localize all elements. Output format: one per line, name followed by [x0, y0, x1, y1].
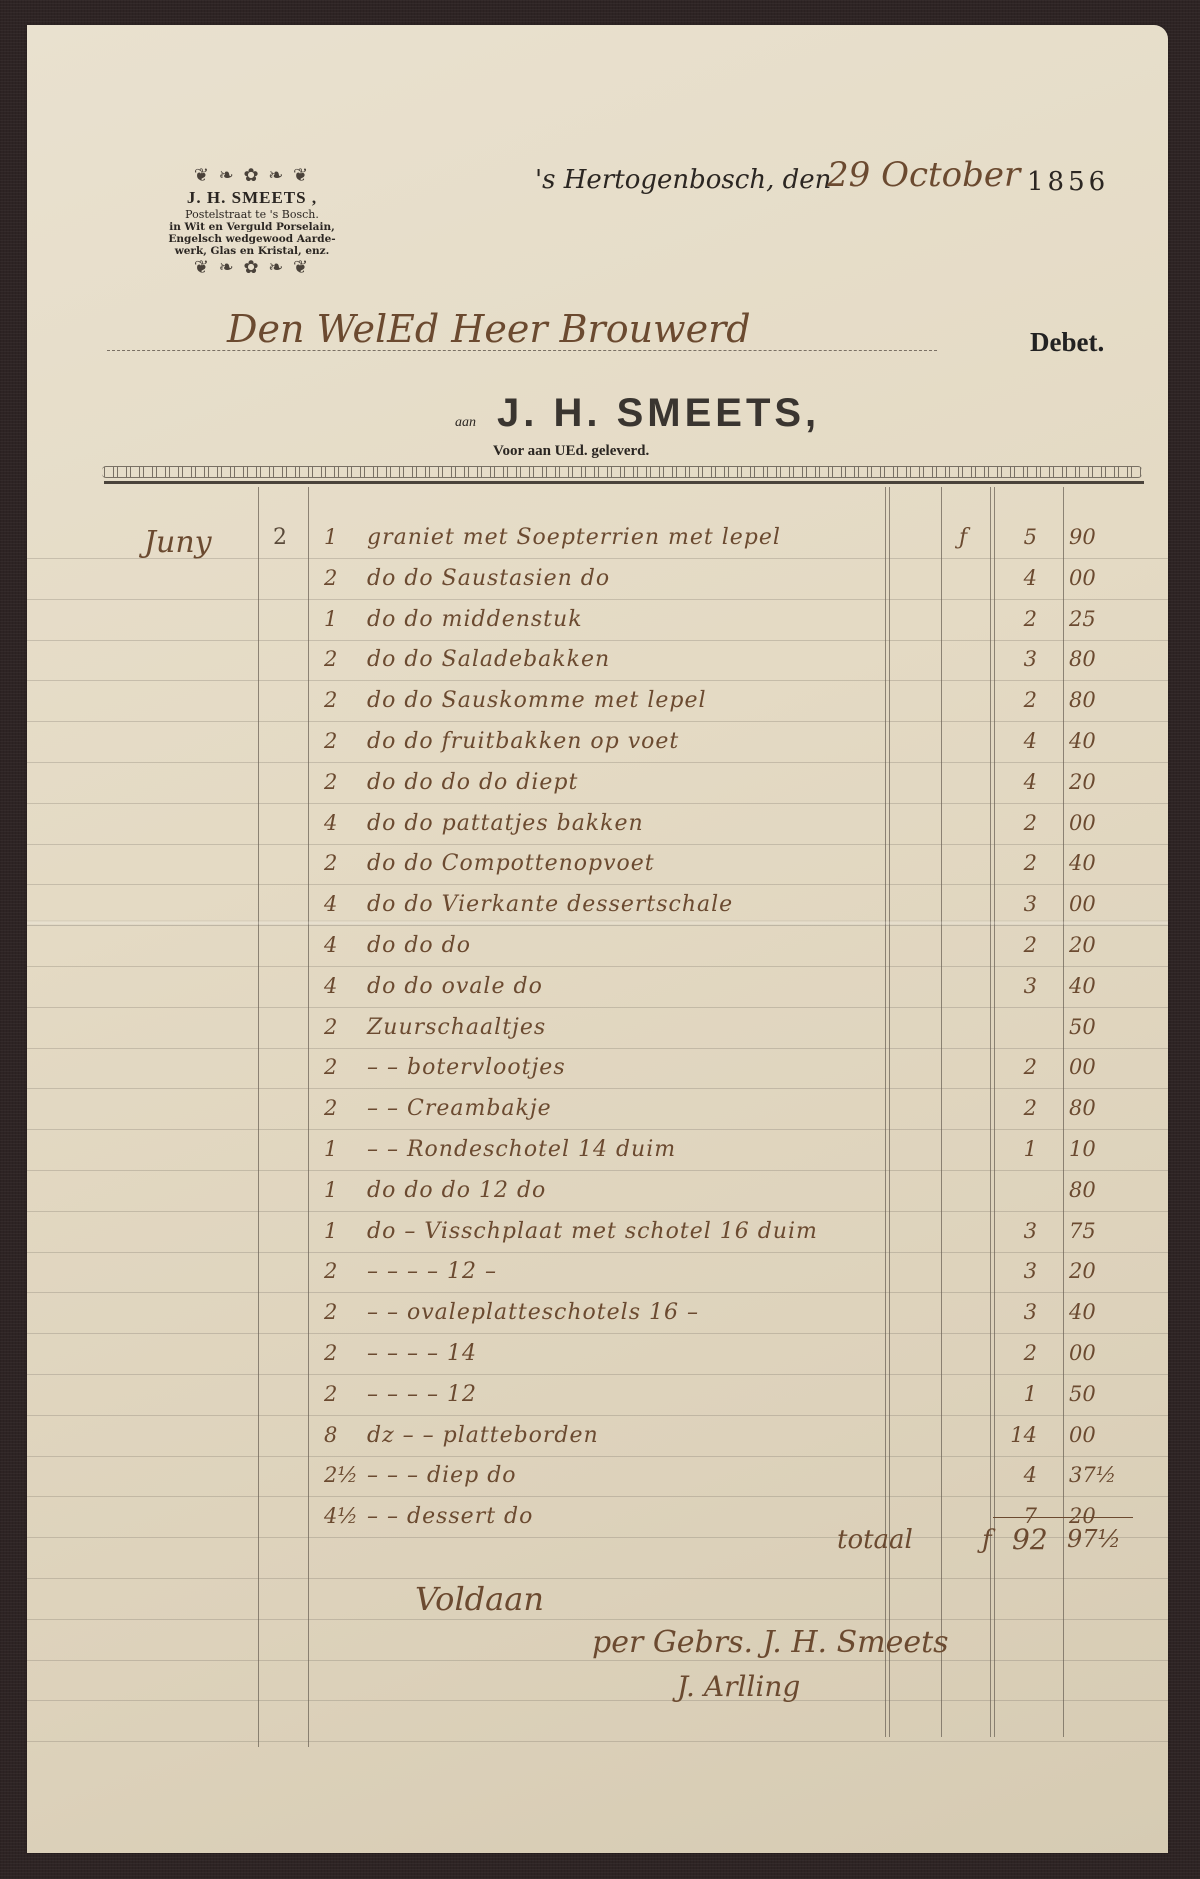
item-description: do do fruitbakken op voet — [367, 729, 679, 754]
item-guilders: 2 — [999, 811, 1037, 835]
item-guilders: 2 — [999, 1096, 1037, 1120]
item-qty: 2 — [324, 1015, 337, 1039]
total-cents: 97½ — [1067, 1525, 1121, 1553]
table-row: 2do do Saustasien do400 — [27, 566, 1168, 606]
item-cents: 40 — [1069, 851, 1096, 875]
table-row: 4do do Vierkante dessertschale300 — [27, 892, 1168, 932]
signature-name: J. Arlling — [677, 1670, 800, 1703]
item-qty: 4 — [324, 933, 337, 957]
total-guilders: 92 — [1012, 1523, 1048, 1556]
item-cents: 00 — [1069, 566, 1096, 590]
item-cents: 80 — [1069, 1096, 1096, 1120]
item-guilders: 3 — [999, 892, 1037, 916]
item-description: do do do 12 do — [367, 1178, 546, 1203]
item-description: dz – – platteborden — [367, 1423, 599, 1448]
item-guilders: 3 — [999, 1300, 1037, 1324]
date-handwritten: 29 October — [827, 155, 1020, 195]
item-description: do do do — [367, 933, 471, 958]
table-row: 1graniet met Soepterrien met lepel590 — [27, 525, 1168, 565]
item-qty: 2 — [324, 647, 337, 671]
item-cents: 90 — [1069, 525, 1096, 549]
table-row: 1do – Visschplaat met schotel 16 duim375 — [27, 1219, 1168, 1259]
table-row: 2– – – – 12150 — [27, 1382, 1168, 1422]
item-description: – – Rondeschotel 14 duim — [367, 1137, 676, 1162]
table-row: 8dz – – platteborden1400 — [27, 1423, 1168, 1463]
item-description: do do Vierkante dessertschale — [367, 892, 733, 917]
item-guilders: 4 — [999, 1463, 1037, 1487]
item-cents: 00 — [1069, 811, 1096, 835]
table-row: 2– – Creambakje280 — [27, 1096, 1168, 1136]
ruled-line — [27, 1578, 1168, 1579]
item-description: – – – diep do — [367, 1463, 517, 1488]
item-qty: 2½ — [324, 1463, 358, 1487]
item-qty: 8 — [324, 1423, 337, 1447]
item-cents: 37½ — [1069, 1463, 1116, 1487]
table-row: 1do do do 12 do80 — [27, 1178, 1168, 1218]
item-description: – – botervlootjes — [367, 1055, 566, 1080]
item-qty: 2 — [324, 1096, 337, 1120]
table-row: 2½– – – diep do437½ — [27, 1463, 1168, 1503]
item-description: graniet met Soepterrien met lepel — [367, 525, 781, 550]
letterhead-line: werk, Glas en Kristal, enz. — [137, 245, 367, 257]
item-guilders: 1 — [999, 1382, 1037, 1406]
item-cents: 80 — [1069, 647, 1096, 671]
item-description: do – Visschplaat met schotel 16 duim — [367, 1219, 818, 1244]
subtitle: Voor aan UEd. geleverd. — [493, 443, 649, 460]
item-description: – – Creambakje — [367, 1096, 552, 1121]
item-guilders: 3 — [999, 1259, 1037, 1283]
item-description: do do Sauskomme met lepel — [367, 688, 707, 713]
table-row: 2– – – – 12 –320 — [27, 1259, 1168, 1299]
item-cents: 00 — [1069, 1341, 1096, 1365]
ruled-line — [27, 1700, 1168, 1701]
item-qty: 2 — [324, 1300, 337, 1324]
total-label: totaal — [837, 1525, 913, 1555]
item-guilders: 4 — [999, 770, 1037, 794]
debet-label: Debet. — [1030, 327, 1104, 358]
item-qty: 1 — [324, 607, 337, 631]
item-qty: 2 — [324, 851, 337, 875]
table-row: 2do do Saladebakken380 — [27, 647, 1168, 687]
table-row: 2– – – – 14200 — [27, 1341, 1168, 1381]
year: 1856 — [1027, 167, 1109, 197]
item-cents: 40 — [1069, 1300, 1096, 1324]
item-description: – – dessert do — [367, 1504, 533, 1529]
firm-prefix: aan — [455, 415, 476, 431]
total-rule — [993, 1517, 1133, 1518]
item-qty: 1 — [324, 1219, 337, 1243]
item-description: do do Saladebakken — [367, 647, 610, 672]
item-cents: 00 — [1069, 1423, 1096, 1447]
item-guilders: 4 — [999, 566, 1037, 590]
item-cents: 20 — [1069, 933, 1096, 957]
signature-firm: per Gebrs. J. H. Smeets — [592, 1625, 949, 1660]
item-cents: 50 — [1069, 1015, 1096, 1039]
ornament-icon: ❦ ❧ ✿ ❧ ❦ — [137, 165, 367, 186]
letterhead-logo: ❦ ❧ ✿ ❧ ❦ J. H. SMEETS , Postelstraat te… — [137, 165, 367, 325]
item-guilders: 4 — [999, 729, 1037, 753]
item-guilders: 3 — [999, 1219, 1037, 1243]
item-guilders: 2 — [999, 688, 1037, 712]
table-row: 4½– – dessert do720 — [27, 1504, 1168, 1544]
item-guilders: 3 — [999, 647, 1037, 671]
item-qty: 2 — [324, 688, 337, 712]
item-qty: 4 — [324, 811, 337, 835]
item-qty: 4 — [324, 974, 337, 998]
item-description: do do pattatjes bakken — [367, 811, 644, 836]
item-description: – – ovaleplatteschotels 16 – — [367, 1300, 699, 1325]
item-description: Zuurschaaltjes — [367, 1015, 546, 1040]
item-description: – – – – 12 – — [367, 1259, 497, 1284]
item-cents: 20 — [1069, 770, 1096, 794]
item-description: do do do do diept — [367, 770, 578, 795]
letterhead-line: Engelsch wedgewood Aarde- — [137, 233, 367, 245]
item-description: – – – – 12 — [367, 1382, 477, 1407]
item-qty: 1 — [324, 525, 337, 549]
table-row: 4do do pattatjes bakken200 — [27, 811, 1168, 851]
header-rule — [104, 481, 1144, 484]
item-cents: 80 — [1069, 688, 1096, 712]
item-guilders: 2 — [999, 933, 1037, 957]
item-qty: 2 — [324, 1259, 337, 1283]
item-guilders: 2 — [999, 851, 1037, 875]
item-qty: 2 — [324, 729, 337, 753]
ornament-icon: ❦ ❧ ✿ ❧ ❦ — [137, 257, 367, 278]
item-guilders: 2 — [999, 1341, 1037, 1365]
table-row: 2– – ovaleplatteschotels 16 –340 — [27, 1300, 1168, 1340]
item-qty: 2 — [324, 770, 337, 794]
item-qty: 4 — [324, 892, 337, 916]
item-guilders: 3 — [999, 974, 1037, 998]
place-label: 's Hertogenbosch, den — [535, 165, 831, 195]
letterhead-name: J. H. SMEETS , — [137, 188, 367, 208]
table-row: 2Zuurschaaltjes50 — [27, 1015, 1168, 1055]
item-cents: 00 — [1069, 892, 1096, 916]
firm-name: J. H. SMEETS, — [497, 391, 820, 436]
ruled-line — [27, 1741, 1168, 1742]
chain-divider — [102, 466, 1142, 478]
table-row: 4do do ovale do340 — [27, 974, 1168, 1014]
letterhead-address: Postelstraat te 's Bosch. — [137, 208, 367, 221]
letterhead-line: in Wit en Verguld Porselain, — [137, 221, 367, 233]
item-qty: 1 — [324, 1137, 337, 1161]
item-qty: 4½ — [324, 1504, 358, 1528]
ruled-line — [27, 1619, 1168, 1620]
item-qty: 2 — [324, 1055, 337, 1079]
item-cents: 00 — [1069, 1055, 1096, 1079]
item-guilders: 1 — [999, 1137, 1037, 1161]
total-currency: ƒ — [982, 1525, 992, 1555]
item-guilders: 5 — [999, 525, 1037, 549]
item-cents: 25 — [1069, 607, 1096, 631]
table-row: 2do do fruitbakken op voet440 — [27, 729, 1168, 769]
item-cents: 75 — [1069, 1219, 1096, 1243]
item-description: do do ovale do — [367, 974, 543, 999]
item-qty: 2 — [324, 1341, 337, 1365]
item-guilders: 2 — [999, 1055, 1037, 1079]
item-cents: 80 — [1069, 1178, 1096, 1202]
item-description: – – – – 14 — [367, 1341, 477, 1366]
item-qty: 2 — [324, 566, 337, 590]
item-qty: 1 — [324, 1178, 337, 1202]
table-row: 2do do Sauskomme met lepel280 — [27, 688, 1168, 728]
item-cents: 50 — [1069, 1382, 1096, 1406]
table-row: 1– – Rondeschotel 14 duim110 — [27, 1137, 1168, 1177]
item-guilders: 2 — [999, 607, 1037, 631]
table-row: 2do do do do diept420 — [27, 770, 1168, 810]
item-guilders: 14 — [999, 1423, 1037, 1447]
table-row: 2– – botervlootjes200 — [27, 1055, 1168, 1095]
table-row: 2do do Compottenopvoet240 — [27, 851, 1168, 891]
addressee: Den WelEd Heer Brouwerd — [227, 307, 751, 351]
invoice-paper: ❦ ❧ ✿ ❧ ❦ J. H. SMEETS , Postelstraat te… — [27, 25, 1168, 1853]
item-cents: 20 — [1069, 1259, 1096, 1283]
item-cents: 40 — [1069, 974, 1096, 998]
item-description: do do middenstuk — [367, 607, 583, 632]
item-qty: 2 — [324, 1382, 337, 1406]
item-cents: 10 — [1069, 1137, 1096, 1161]
item-cents: 40 — [1069, 729, 1096, 753]
table-row: 4do do do220 — [27, 933, 1168, 973]
item-description: do do Saustasien do — [367, 566, 610, 591]
item-description: do do Compottenopvoet — [367, 851, 655, 876]
signature-voldaan: Voldaan — [415, 1580, 544, 1618]
table-row: 1do do middenstuk225 — [27, 607, 1168, 647]
